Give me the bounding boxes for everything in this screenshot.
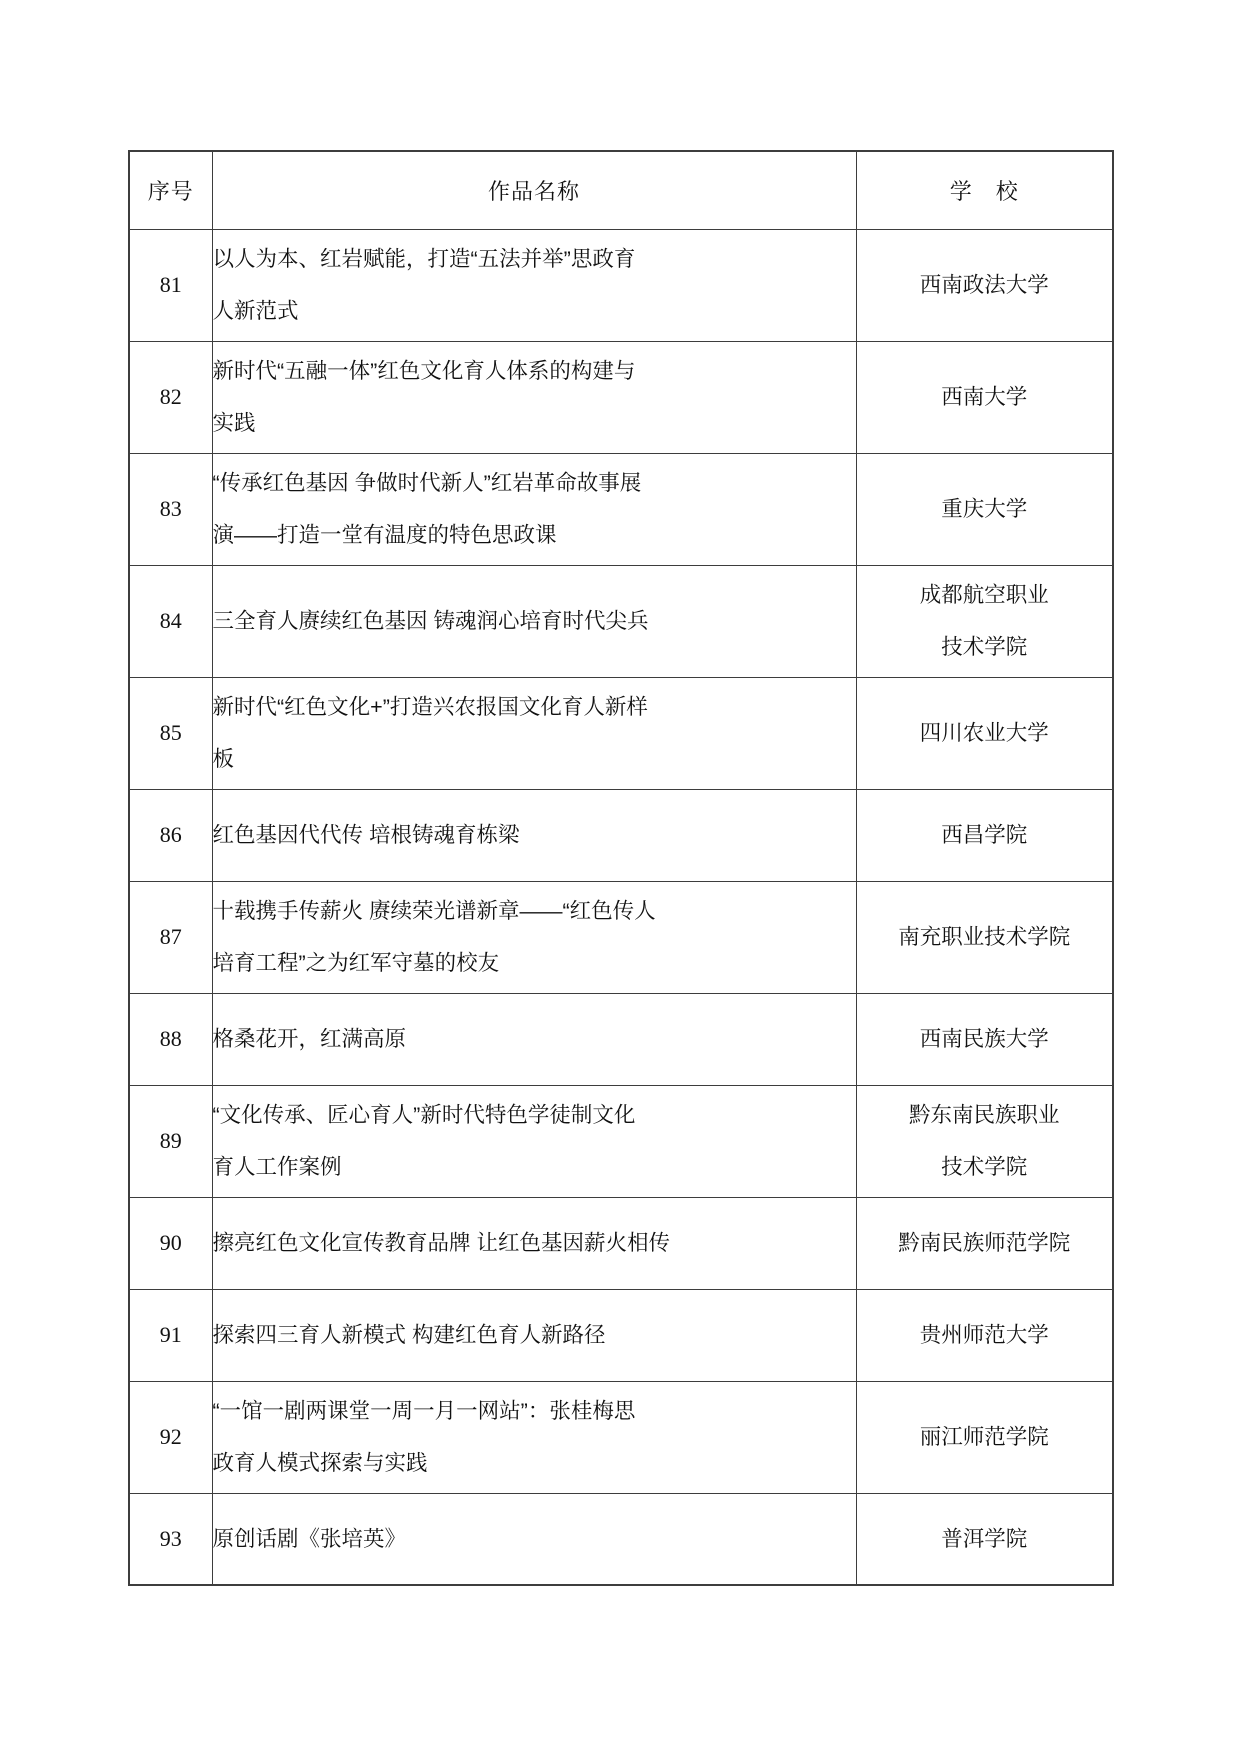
table-row-89: 89 “文化传承、匠心育人”新时代特色学徒制文化 育人工作案例 黔东南民族职业 … (129, 1085, 1113, 1197)
school-name: 普洱学院 (856, 1493, 1113, 1585)
work-title: 原创话剧《张培英》 (212, 1493, 856, 1585)
school-name: 南充职业技术学院 (856, 881, 1113, 993)
work-title: 以人为本、红岩赋能，打造“五法并举”思政育 人新范式 (212, 229, 856, 341)
school-name: 丽江师范学院 (856, 1381, 1113, 1493)
table-row-84: 84 三全育人赓续红色基因 铸魂润心培育时代尖兵 成都航空职业 技术学院 (129, 565, 1113, 677)
work-title: 红色基因代代传 培根铸魂育栋梁 (212, 789, 856, 881)
document-page: 序号 作品名称 学 校 81 以人为本、红岩赋能，打造“五法并举”思政育 人新范… (0, 0, 1241, 1755)
table-row-88: 88 格桑花开，红满高原 西南民族大学 (129, 993, 1113, 1085)
row-number: 90 (129, 1197, 212, 1289)
table-row-86: 86 红色基因代代传 培根铸魂育栋梁 西昌学院 (129, 789, 1113, 881)
school-name: 西南大学 (856, 341, 1113, 453)
table-row-90: 90 擦亮红色文化宣传教育品牌 让红色基因薪火相传 黔南民族师范学院 (129, 1197, 1113, 1289)
work-title: “文化传承、匠心育人”新时代特色学徒制文化 育人工作案例 (212, 1085, 856, 1197)
table-row-85: 85 新时代“红色文化+”打造兴农报国文化育人新样 板 四川农业大学 (129, 677, 1113, 789)
table-row-92: 92 “一馆一剧两课堂一周一月一网站”：张桂梅思 政育人模式探索与实践 丽江师范… (129, 1381, 1113, 1493)
work-title: “一馆一剧两课堂一周一月一网站”：张桂梅思 政育人模式探索与实践 (212, 1381, 856, 1493)
row-number: 87 (129, 881, 212, 993)
table-row-81: 81 以人为本、红岩赋能，打造“五法并举”思政育 人新范式 西南政法大学 (129, 229, 1113, 341)
school-name: 贵州师范大学 (856, 1289, 1113, 1381)
header-cell-work-title: 作品名称 (212, 151, 856, 229)
work-title: 探索四三育人新模式 构建红色育人新路径 (212, 1289, 856, 1381)
work-title: 新时代“红色文化+”打造兴农报国文化育人新样 板 (212, 677, 856, 789)
row-number: 91 (129, 1289, 212, 1381)
row-number: 83 (129, 453, 212, 565)
school-name: 成都航空职业 技术学院 (856, 565, 1113, 677)
school-name: 黔东南民族职业 技术学院 (856, 1085, 1113, 1197)
row-number: 85 (129, 677, 212, 789)
work-title: 擦亮红色文化宣传教育品牌 让红色基因薪火相传 (212, 1197, 856, 1289)
table-header-row: 序号 作品名称 学 校 (129, 151, 1113, 229)
work-title: 十载携手传薪火 赓续荣光谱新章——“红色传人 培育工程”之为红军守墓的校友 (212, 881, 856, 993)
work-title: 三全育人赓续红色基因 铸魂润心培育时代尖兵 (212, 565, 856, 677)
row-number: 81 (129, 229, 212, 341)
school-name: 重庆大学 (856, 453, 1113, 565)
school-name: 四川农业大学 (856, 677, 1113, 789)
row-number: 84 (129, 565, 212, 677)
school-name: 西南民族大学 (856, 993, 1113, 1085)
table-row-83: 83 “传承红色基因 争做时代新人”红岩革命故事展 演——打造一堂有温度的特色思… (129, 453, 1113, 565)
school-name: 西南政法大学 (856, 229, 1113, 341)
awards-table: 序号 作品名称 学 校 81 以人为本、红岩赋能，打造“五法并举”思政育 人新范… (128, 150, 1114, 1586)
row-number: 86 (129, 789, 212, 881)
work-title: 新时代“五融一体”红色文化育人体系的构建与 实践 (212, 341, 856, 453)
table-row-91: 91 探索四三育人新模式 构建红色育人新路径 贵州师范大学 (129, 1289, 1113, 1381)
school-name: 黔南民族师范学院 (856, 1197, 1113, 1289)
row-number: 89 (129, 1085, 212, 1197)
header-cell-school: 学 校 (856, 151, 1113, 229)
row-number: 82 (129, 341, 212, 453)
row-number: 93 (129, 1493, 212, 1585)
work-title: 格桑花开，红满高原 (212, 993, 856, 1085)
work-title: “传承红色基因 争做时代新人”红岩革命故事展 演——打造一堂有温度的特色思政课 (212, 453, 856, 565)
table-row-93: 93 原创话剧《张培英》 普洱学院 (129, 1493, 1113, 1585)
header-cell-number: 序号 (129, 151, 212, 229)
row-number: 92 (129, 1381, 212, 1493)
table-row-87: 87 十载携手传薪火 赓续荣光谱新章——“红色传人 培育工程”之为红军守墓的校友… (129, 881, 1113, 993)
school-name: 西昌学院 (856, 789, 1113, 881)
row-number: 88 (129, 993, 212, 1085)
table-row-82: 82 新时代“五融一体”红色文化育人体系的构建与 实践 西南大学 (129, 341, 1113, 453)
